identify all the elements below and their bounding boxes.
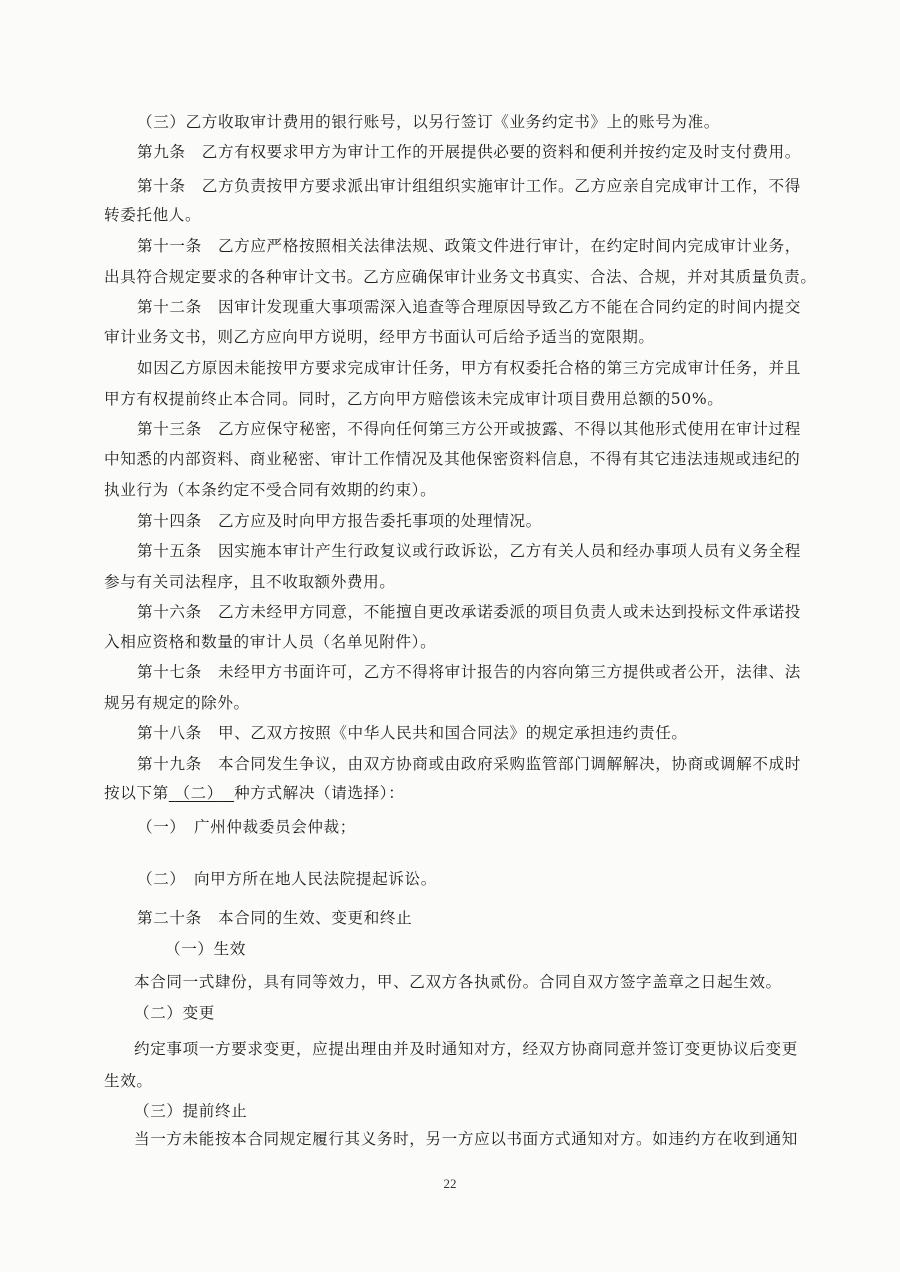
clause-13: 第十三条 乙方应保守秘密，不得向任何第三方公开或披露、不得以其他形式使用在审计过…: [137, 419, 801, 439]
clause-19: 第十九条 本合同发生争议，由双方协商或由政府采购监管部门调解解决，协商或调解不成…: [137, 754, 801, 774]
page-number: 22: [0, 1176, 900, 1192]
text-line: 如因乙方原因未能按甲方要求完成审计任务，甲方有权委托合格的第三方完成审计任务，并…: [137, 358, 801, 378]
clause-16: 第十六条 乙方未经甲方同意，不能擅自更改承诺委派的项目负责人或未达到投标文件承诺…: [137, 602, 801, 622]
text-line: 参与有关司法程序，且不收取额外费用。: [104, 572, 396, 592]
text-line: 入相应资格和数量的审计人员（名单见附件）。: [104, 632, 436, 652]
text-line: 审计业务文书，则乙方应向甲方说明，经甲方书面认可后给予适当的宽限期。: [104, 327, 655, 347]
text-line: 执业行为（本条约定不受合同有效期的约束）。: [104, 480, 436, 500]
text-line: 中知悉的内部资料、商业秘密、审计工作情况及其他保密资料信息，不得有其它违法违规或…: [104, 449, 800, 469]
text-line: 约定事项一方要求变更，应提出理由并及时通知对方，经双方协商同意并签订变更协议后变…: [134, 1039, 798, 1059]
clause-15: 第十五条 因实施本审计产生行政复议或行政诉讼，乙方有关人员和经办事项人员有义务全…: [137, 541, 801, 561]
clause-11: 第十一条 乙方应严格按照相关法律法规、政策文件进行审计，在约定时间内完成审计业务…: [137, 236, 801, 256]
subheading-effect: （一）生效: [165, 939, 246, 959]
clause-17: 第十七条 未经甲方书面许可，乙方不得将审计报告的内容向第三方提供或者公开，法律、…: [137, 662, 801, 682]
subheading-change: （二）变更: [134, 1003, 215, 1023]
option-arbitration: （一） 广州仲裁委员会仲裁；: [137, 817, 356, 837]
dispute-choice-field: （二）: [169, 784, 234, 802]
clause-12: 第十二条 因审计发现重大事项需深入追查等合理原因导致乙方不能在合同约定的时间内提…: [137, 297, 801, 317]
text-line: （三）乙方收取审计费用的银行账号，以另行签订《业务约定书》上的账号为准。: [137, 112, 720, 132]
text-line: 本合同一式肆份，具有同等效力，甲、乙双方各执贰份。合同自双方签字盖章之日起生效。: [134, 972, 782, 992]
clause-10: 第十条 乙方负责按甲方要求派出审计组组织实施审计工作。乙方应亲自完成审计工作，不…: [137, 176, 801, 196]
text-line: 转委托他人。: [104, 205, 201, 225]
clause-9: 第九条 乙方有权要求甲方为审计工作的开展提供必要的资料和便利并按约定及时支付费用…: [137, 142, 801, 162]
dispute-resolution-line: 按以下第 （二） 种方式解决（请选择）：: [104, 783, 404, 803]
dispute-suffix: 种方式解决（请选择）：: [234, 784, 404, 802]
text-line: 规另有规定的除外。: [104, 693, 250, 713]
dispute-choice-value: （二）: [174, 784, 223, 802]
text-line: 出具符合规定要求的各种审计文书。乙方应确保审计业务文书真实、合法、合规，并对其质…: [104, 267, 817, 287]
clause-14: 第十四条 乙方应及时向甲方报告委托事项的处理情况。: [137, 511, 542, 531]
dispute-prefix: 按以下第: [104, 784, 169, 802]
text-line: 甲方有权提前终止本合同。同时，乙方向甲方赔偿该未完成审计项目费用总额的50%。: [104, 389, 723, 409]
text-line: 当一方未能按本合同规定履行其义务时，另一方应以书面方式通知对方。如违约方在收到通…: [134, 1129, 798, 1149]
text-line: 生效。: [104, 1071, 153, 1091]
option-litigation: （二） 向甲方所在地人民法院提起诉讼。: [137, 869, 437, 889]
clause-20: 第二十条 本合同的生效、变更和终止: [137, 908, 412, 928]
subheading-termination: （三）提前终止: [134, 1101, 247, 1121]
clause-18: 第十八条 甲、乙双方按照《中华人民共和国合同法》的规定承担违约责任。: [137, 723, 688, 743]
document-page: （三）乙方收取审计费用的银行账号，以另行签订《业务约定书》上的账号为准。 第九条…: [0, 0, 900, 1272]
